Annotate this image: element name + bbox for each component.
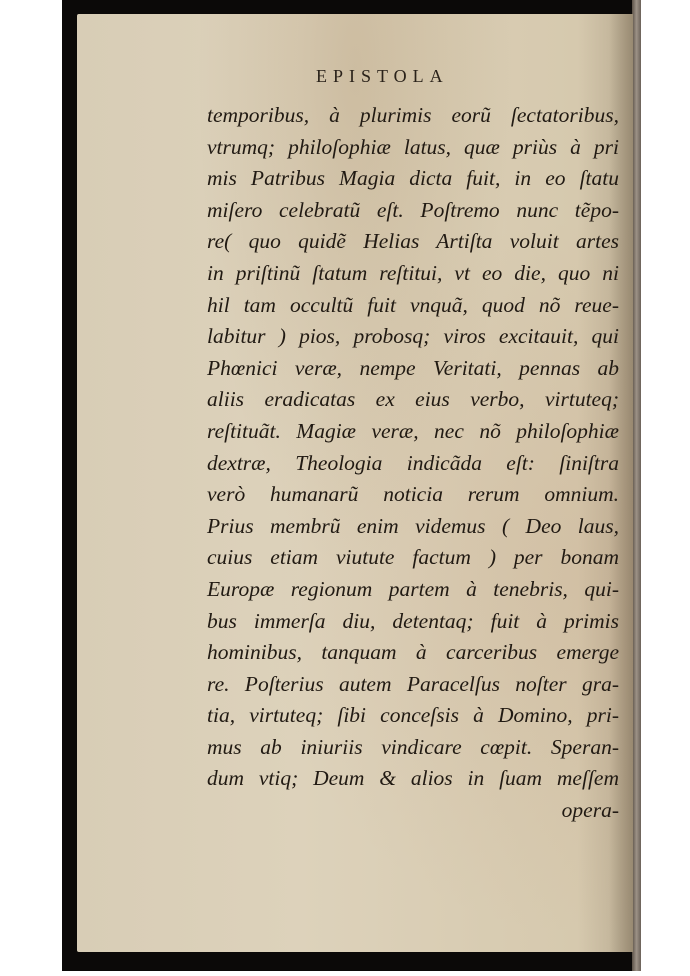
running-head: EPISTOLA xyxy=(316,66,449,87)
text-line: mus ab iniuriis vindicare cœpit. Speran- xyxy=(207,732,619,764)
text-line: re. Poſterius autem Paracelſus noſter gr… xyxy=(207,669,619,701)
text-line: cuius etiam viutute factum ) per bonam xyxy=(207,542,619,574)
text-line: Europæ regionum partem à tenebris, qui- xyxy=(207,574,619,606)
text-line: hil tam occultũ fuit vnquã, quod nõ reue… xyxy=(207,290,619,322)
text-line: reſtituãt. Magiæ veræ, nec nõ philoſophi… xyxy=(207,416,619,448)
text-line: miſero celebratũ eſt. Poſtremo nunc tẽpo… xyxy=(207,195,619,227)
text-line: vtrumq; philoſophiæ latus, quæ priùs à p… xyxy=(207,132,619,164)
catchword: opera- xyxy=(207,795,619,827)
text-line: verò humanarũ noticia rerum omnium. xyxy=(207,479,619,511)
text-line: dextræ, Theologia indicãda eſt: ſiniſtra xyxy=(207,448,619,480)
text-line: Prius membrũ enim videmus ( Deo laus, xyxy=(207,511,619,543)
text-line: re( quo quidẽ Helias Artiſta voluit arte… xyxy=(207,226,619,258)
text-line: dum vtiq; Deum & alios in ſuam meſſem xyxy=(207,763,619,795)
text-line: labitur ) pios, probosq; viros excitauit… xyxy=(207,321,619,353)
text-line: Phœnici veræ, nempe Veritati, pennas ab xyxy=(207,353,619,385)
body-text: temporibus, à plurimis eorũ ſectatoribus… xyxy=(207,100,619,827)
text-line: tia, virtuteq; ſibi conceſsis à Domino, … xyxy=(207,700,619,732)
text-line: hominibus, tanquam à carceribus emerge xyxy=(207,637,619,669)
text-line: temporibus, à plurimis eorũ ſectatoribus… xyxy=(207,100,619,132)
book-gutter xyxy=(632,0,641,971)
text-line: bus immerſa diu, detentaq; fuit à primis xyxy=(207,606,619,638)
text-line: aliis eradicatas ex eius verbo, virtuteq… xyxy=(207,384,619,416)
text-line: mis Patribus Magia dicta fuit, in eo ſta… xyxy=(207,163,619,195)
text-line: in priſtinũ ſtatum reſtitui, vt eo die, … xyxy=(207,258,619,290)
